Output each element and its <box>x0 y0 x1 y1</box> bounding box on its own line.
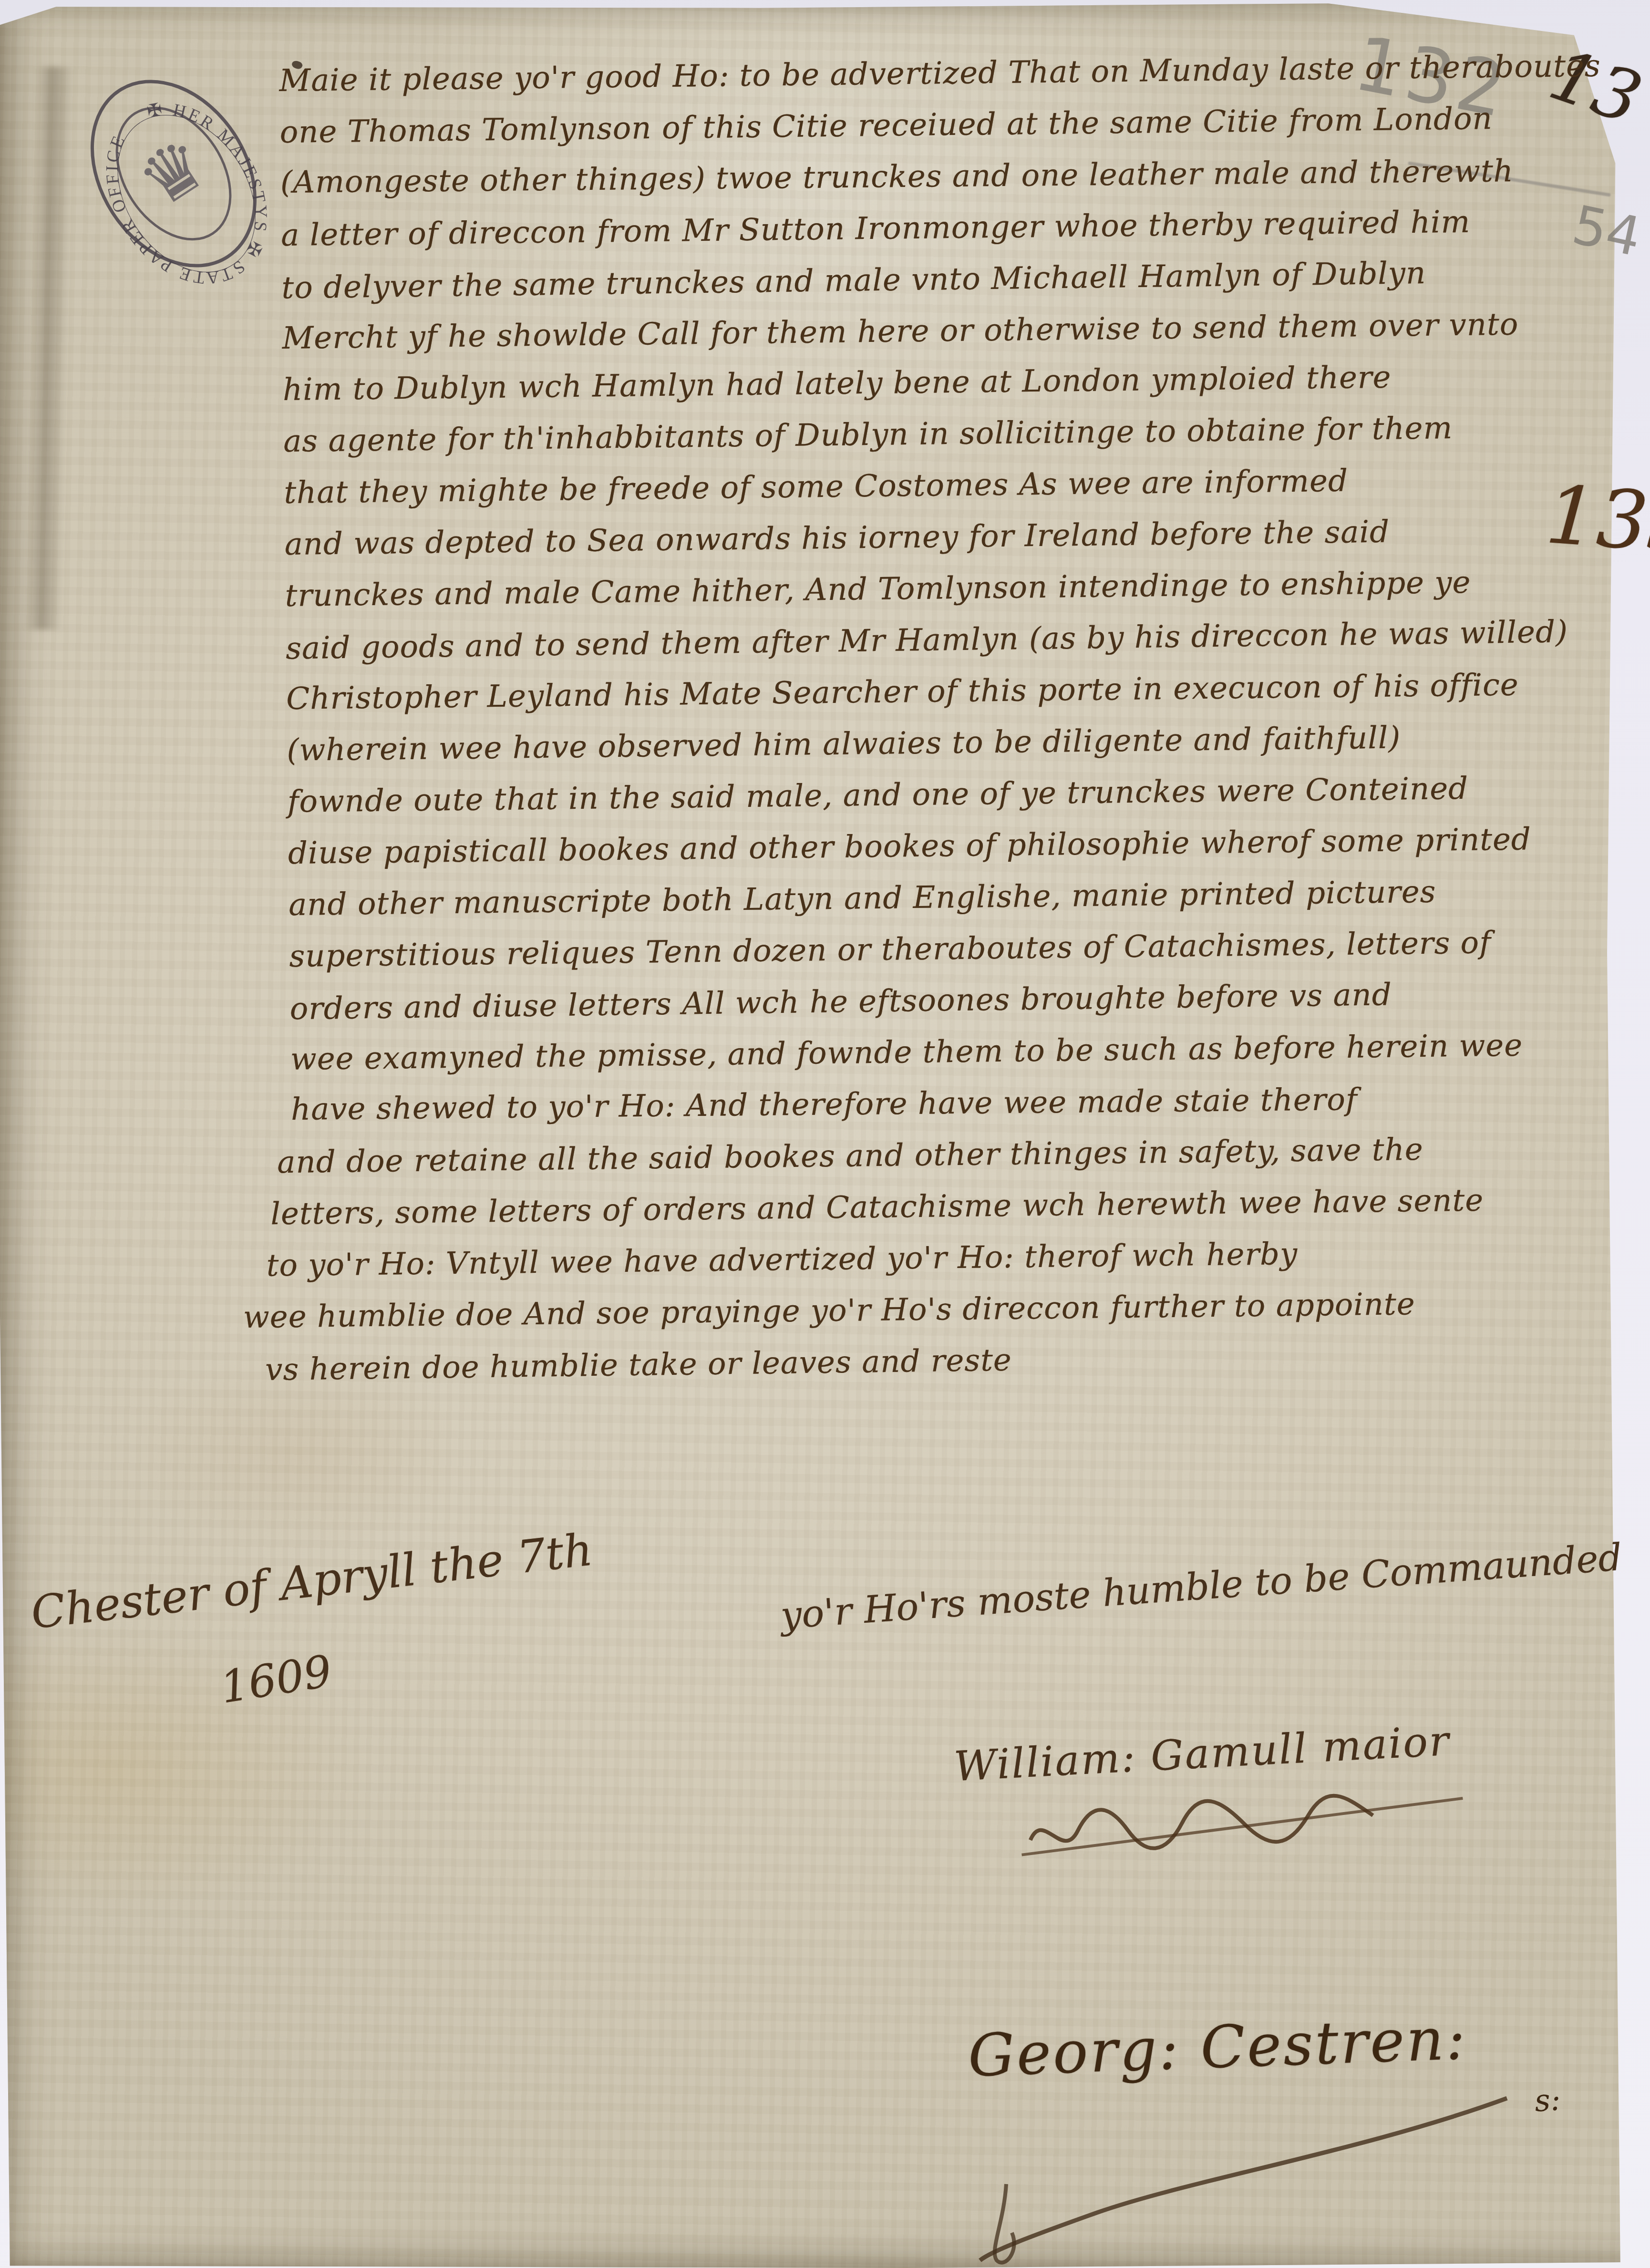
photo-background: ✠ HER MAJESTYS ✠ STATE PAPER OFFICE ♛ 13… <box>0 0 1650 2268</box>
letter-body: Maie it please yo'r good Ho: to be adver… <box>279 40 1644 1394</box>
bishop-signature-tail-flourish <box>897 2041 1612 2268</box>
